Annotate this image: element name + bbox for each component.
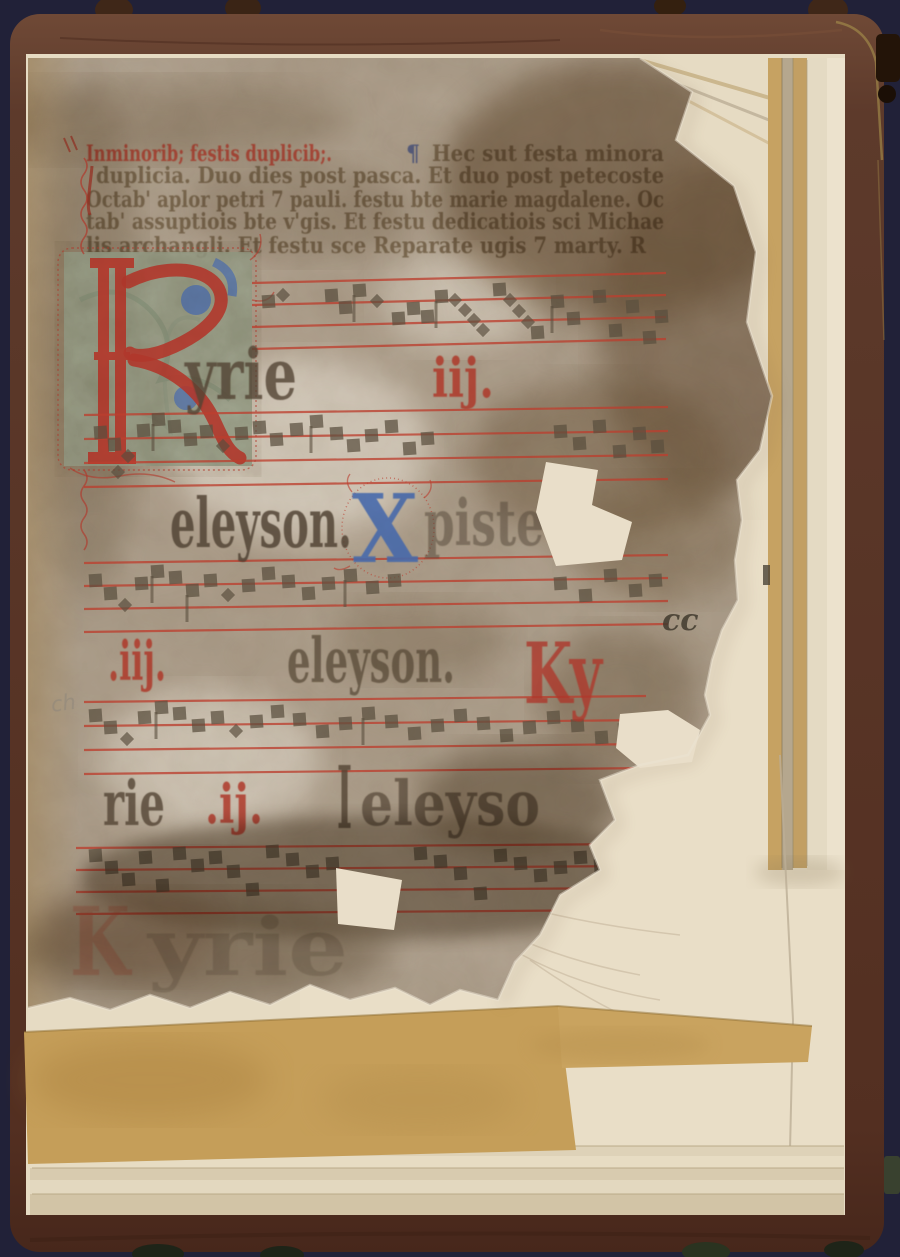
leaf-edge-strip xyxy=(807,58,827,870)
stain xyxy=(30,1040,270,1120)
leaf-edge-strip xyxy=(30,1168,844,1180)
clasp-lower xyxy=(884,1156,900,1194)
fore-edge-strips xyxy=(755,58,845,886)
strip-end-shadow xyxy=(755,858,845,886)
leaf-edge-strip xyxy=(827,58,845,870)
edge-ink-mark xyxy=(763,565,770,585)
leaf-edge-strip xyxy=(30,1180,844,1194)
manuscript-photo: Inminorib; festis duplicib;.¶Hec sut fes… xyxy=(0,0,900,1257)
clasp xyxy=(876,34,900,82)
stain xyxy=(320,1070,520,1130)
folio-number: cc xyxy=(662,603,699,638)
leaf-edge-strip xyxy=(30,1194,844,1215)
stain xyxy=(530,1029,710,1061)
leaf-edge-strip xyxy=(782,58,793,870)
leaf-edge-strip xyxy=(793,58,807,868)
leaf-edge-strip xyxy=(768,58,782,870)
pencil-note: ch xyxy=(49,690,77,717)
clasp-knob xyxy=(878,85,896,103)
manuscript-photo-svg: Inminorib; festis duplicib;.¶Hec sut fes… xyxy=(0,0,900,1257)
